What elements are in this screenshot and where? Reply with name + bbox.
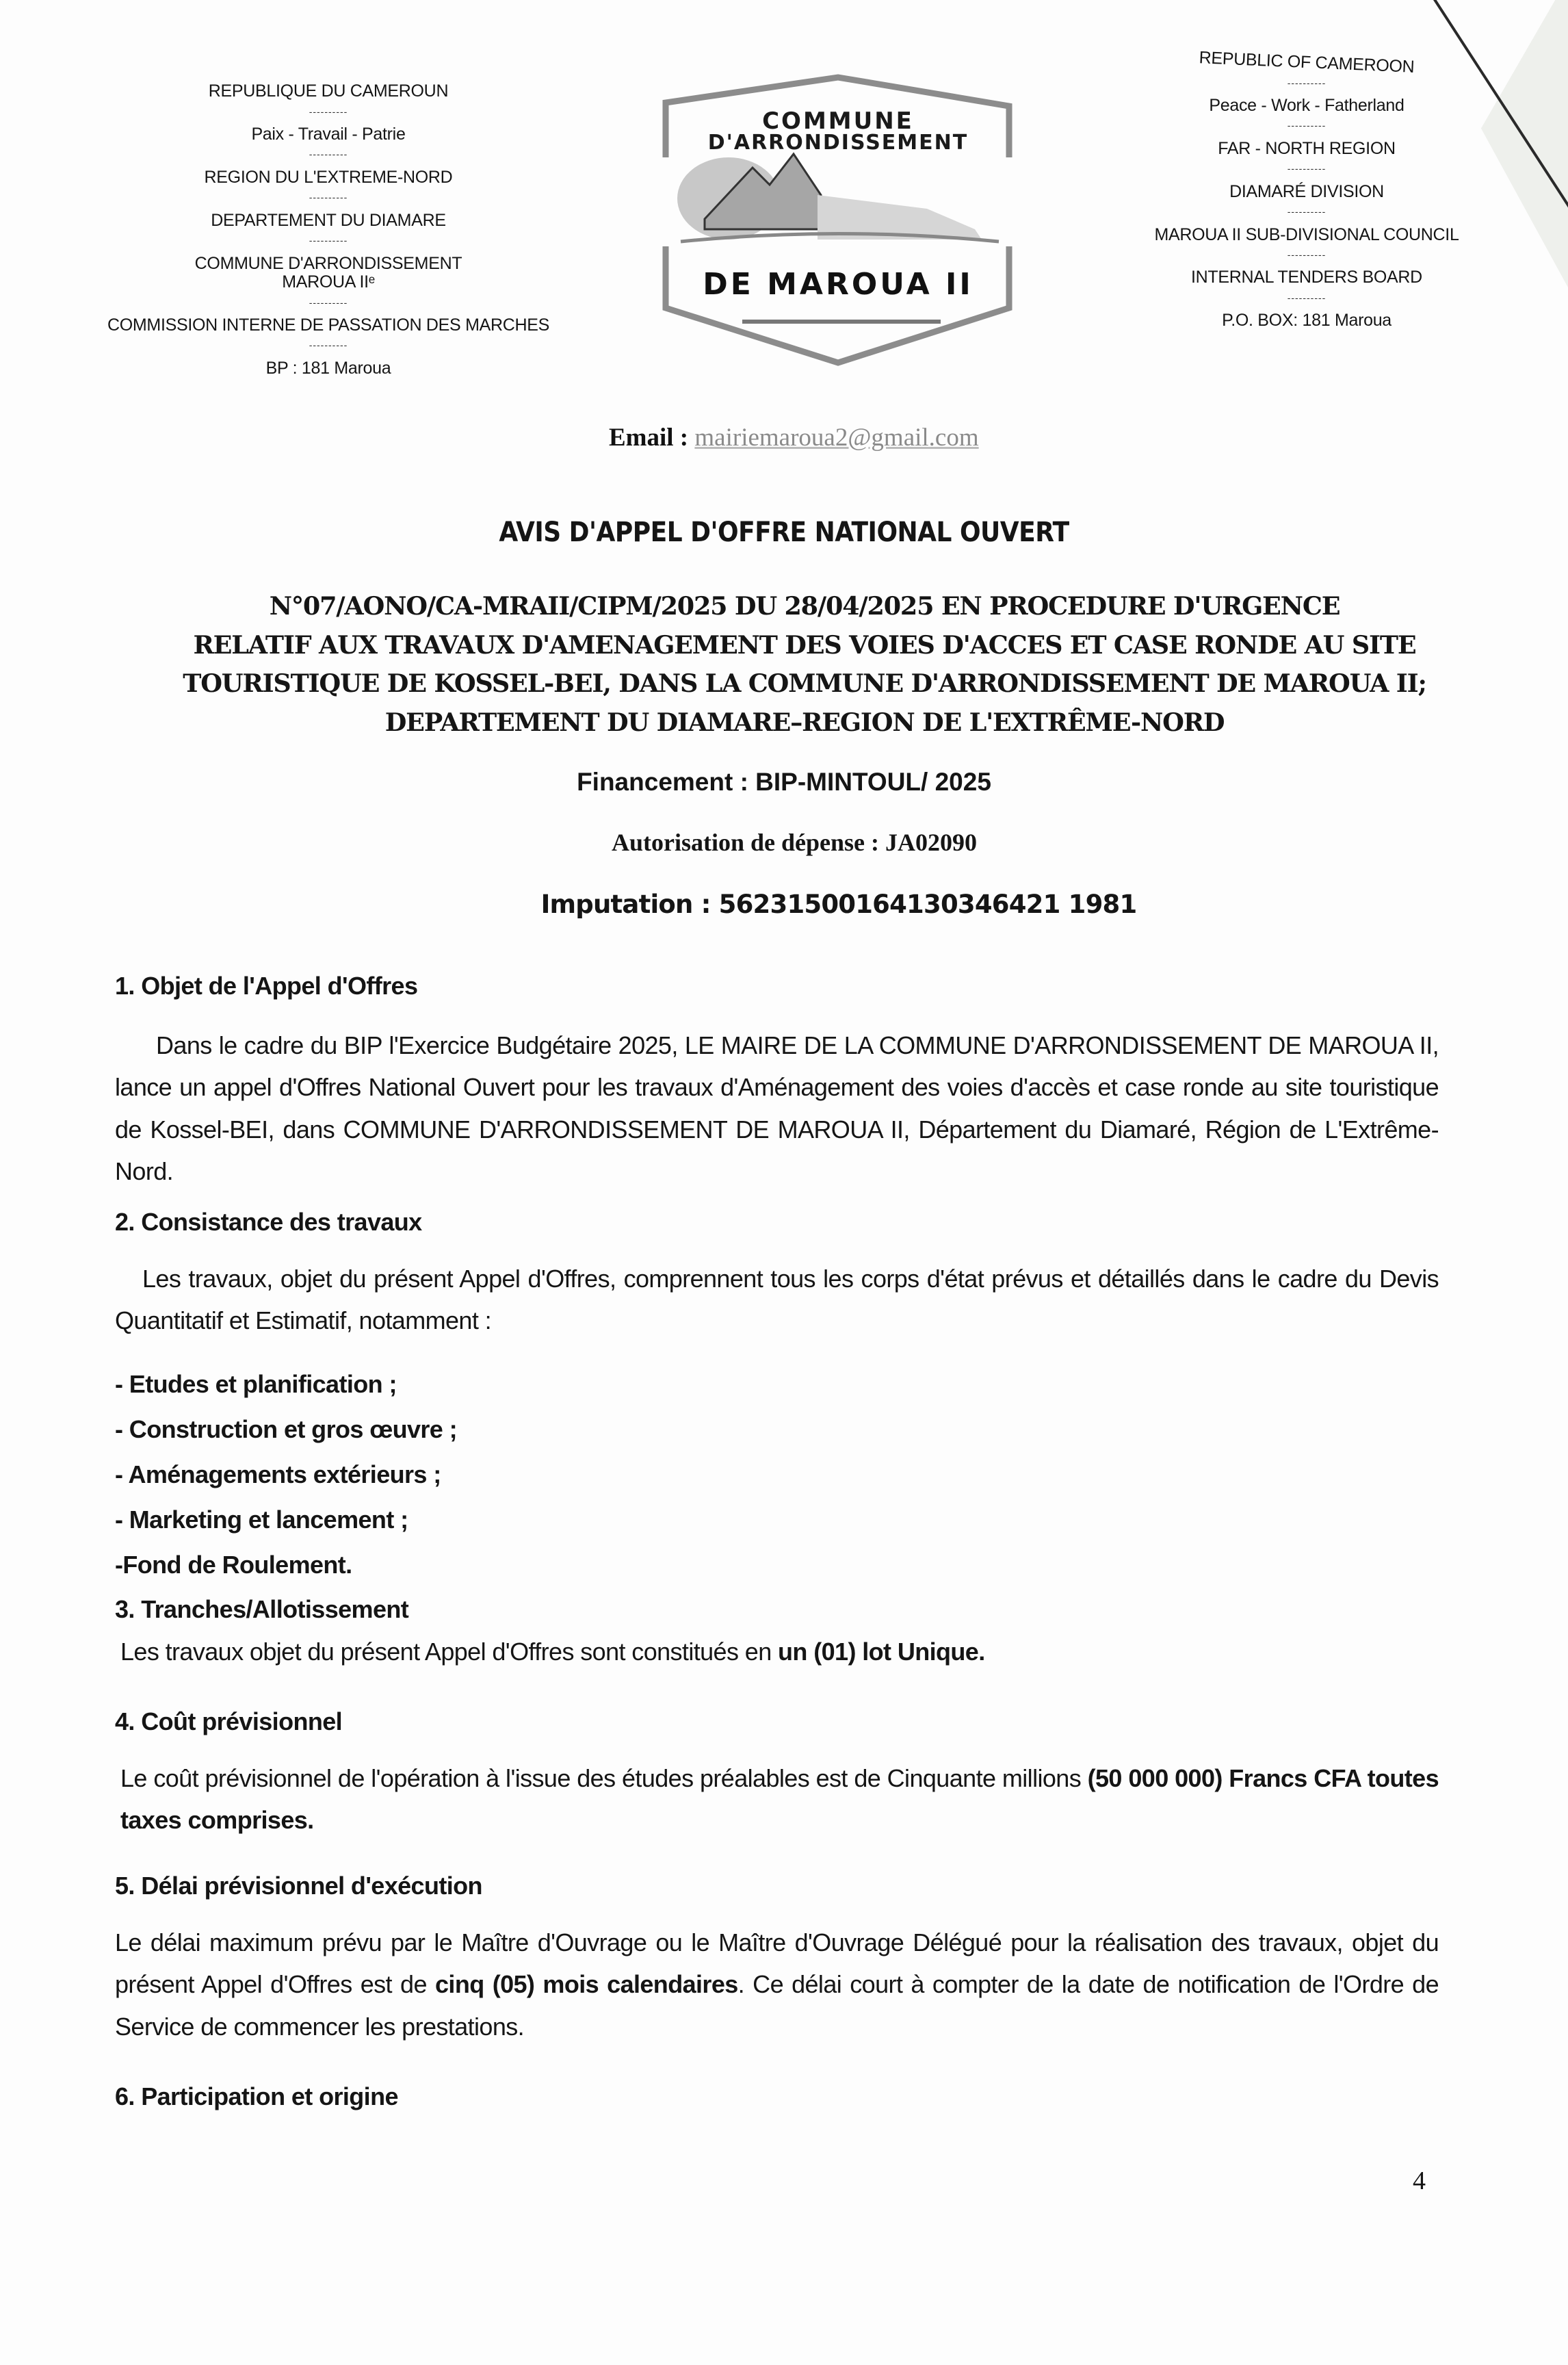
email-line: Email : mairiemaroua2@gmail.com [609,423,979,452]
text-bold: un (01) lot Unique. [778,1638,985,1666]
email-label: Email : [609,424,688,452]
header-right-line: REPUBLIC OF CAMEROON [1149,47,1465,79]
list-item: - Etudes et planification ; [115,1362,1439,1407]
section-participation: 6. Participation et origine [115,2076,1439,2117]
header-left-line: REPUBLIQUE DU CAMEROUN [89,82,568,101]
page-number: 4 [1413,2166,1426,2196]
header-separator: ---------- [89,107,568,117]
header-right-line: FAR - NORTH REGION [1149,140,1464,159]
header-right-english: REPUBLIC OF CAMEROON ---------- Peace - … [1149,53,1464,331]
financement-line: Financement : BIP-MINTOUL/ 2025 [0,768,1568,797]
header-separator: ---------- [1149,164,1464,174]
section-text: Les travaux, objet du présent Appel d'Of… [115,1258,1439,1341]
reference-line: DEPARTEMENT DU DIAMARE–REGION DE L'EXTRÊ… [130,703,1479,742]
header-left-line: REGION DU L'EXTREME-NORD [89,168,568,188]
header-left-line: COMMUNE D'ARRONDISSEMENT MAROUA IIᵉ [89,255,568,292]
autorisation-line: Autorisation de dépense : JA02090 [21,828,1568,857]
header-separator: ---------- [89,235,568,246]
header-left-line: BP : 181 Maroua [89,359,568,378]
text-span: Les travaux objet du présent Appel d'Off… [120,1638,778,1666]
section-text: Le délai maximum prévu par le Maître d'O… [115,1922,1439,2047]
section-heading: 1. Objet de l'Appel d'Offres [115,965,1439,1007]
logo-line-arrondissement: D'ARRONDISSEMENT [653,133,1023,153]
imputation-line: Imputation : 56231500164130346421 1981 [109,890,1568,919]
section-heading: 4. Coût prévisionnel [115,1701,1439,1742]
reference-line: TOURISTIQUE DE KOSSEL-BEI, DANS LA COMMU… [130,664,1479,703]
header-separator: ---------- [89,149,568,159]
header-separator: ---------- [1149,250,1464,260]
text-span: Le coût prévisionnel de l'opération à l'… [120,1764,1088,1792]
section-objet: 1. Objet de l'Appel d'Offres Dans le cad… [115,965,1439,1192]
header-separator: ---------- [89,298,568,308]
list-item: - Marketing et lancement ; [115,1497,1439,1542]
header-left-line: DEPARTEMENT DU DIAMARE [89,211,568,231]
reference-line: N°07/AONO/CA-MRAII/CIPM/2025 DU 28/04/20… [130,587,1479,626]
section-heading: 6. Participation et origine [115,2076,1439,2117]
header-separator: ---------- [1149,293,1464,303]
notice-title: AVIS D'APPEL D'OFFRE NATIONAL OUVERT [0,517,1568,548]
header-left-line: COMMISSION INTERNE DE PASSATION DES MARC… [89,316,568,335]
notice-reference: N°07/AONO/CA-MRAII/CIPM/2025 DU 28/04/20… [130,587,1479,742]
section-delai: 5. Délai prévisionnel d'exécution Le dél… [115,1865,1439,2047]
header-separator: ---------- [1149,78,1464,88]
section-text: Les travaux objet du présent Appel d'Off… [115,1632,1439,1672]
section-text: Dans le cadre du BIP l'Exercice Budgétai… [115,1024,1439,1192]
header-separator: ---------- [1149,207,1464,217]
header-separator: ---------- [89,340,568,350]
section-text: Le coût prévisionnel de l'opération à l'… [115,1757,1439,1841]
list-item: - Construction et gros œuvre ; [115,1407,1439,1452]
list-item: -Fond de Roulement. [115,1542,1439,1588]
section-heading: 2. Consistance des travaux [115,1201,1439,1243]
section-heading: 3. Tranches/Allotissement [115,1587,1439,1632]
header-left-french: REPUBLIQUE DU CAMEROUN ---------- Paix -… [89,82,568,378]
list-item: - Aménagements extérieurs ; [115,1452,1439,1497]
section-consistance-list: - Etudes et planification ; - Constructi… [115,1362,1439,1672]
section-consistance: 2. Consistance des travaux Les travaux, … [115,1201,1439,1342]
section-heading: 5. Délai prévisionnel d'exécution [115,1865,1439,1907]
logo-title: COMMUNE D'ARRONDISSEMENT [653,109,1023,153]
header-right-line: INTERNAL TENDERS BOARD [1149,268,1464,287]
header-separator: ---------- [89,192,568,203]
header-right-line: MAROUA II SUB-DIVISIONAL COUNCIL [1149,226,1464,245]
logo-subtitle: DE MAROUA II [653,267,1023,302]
email-link[interactable]: mairiemaroua2@gmail.com [694,424,978,452]
commune-logo: COMMUNE D'ARRONDISSEMENT DE MAROUA II [653,72,1023,373]
header-right-line: P.O. BOX: 181 Maroua [1149,311,1464,331]
header-right-line: Peace - Work - Fatherland [1149,96,1464,116]
text-bold: cinq (05) mois calendaires [435,1970,738,1998]
header-right-line: DIAMARÉ DIVISION [1149,183,1464,202]
document-page: REPUBLIQUE DU CAMEROUN ---------- Paix -… [0,0,1568,2365]
header-separator: ---------- [1149,120,1464,131]
header-left-line: Paix - Travail - Patrie [89,125,568,144]
section-cout: 4. Coût prévisionnel Le coût prévisionne… [115,1701,1439,1841]
reference-line: RELATIF AUX TRAVAUX D'AMENAGEMENT DES VO… [130,626,1479,665]
